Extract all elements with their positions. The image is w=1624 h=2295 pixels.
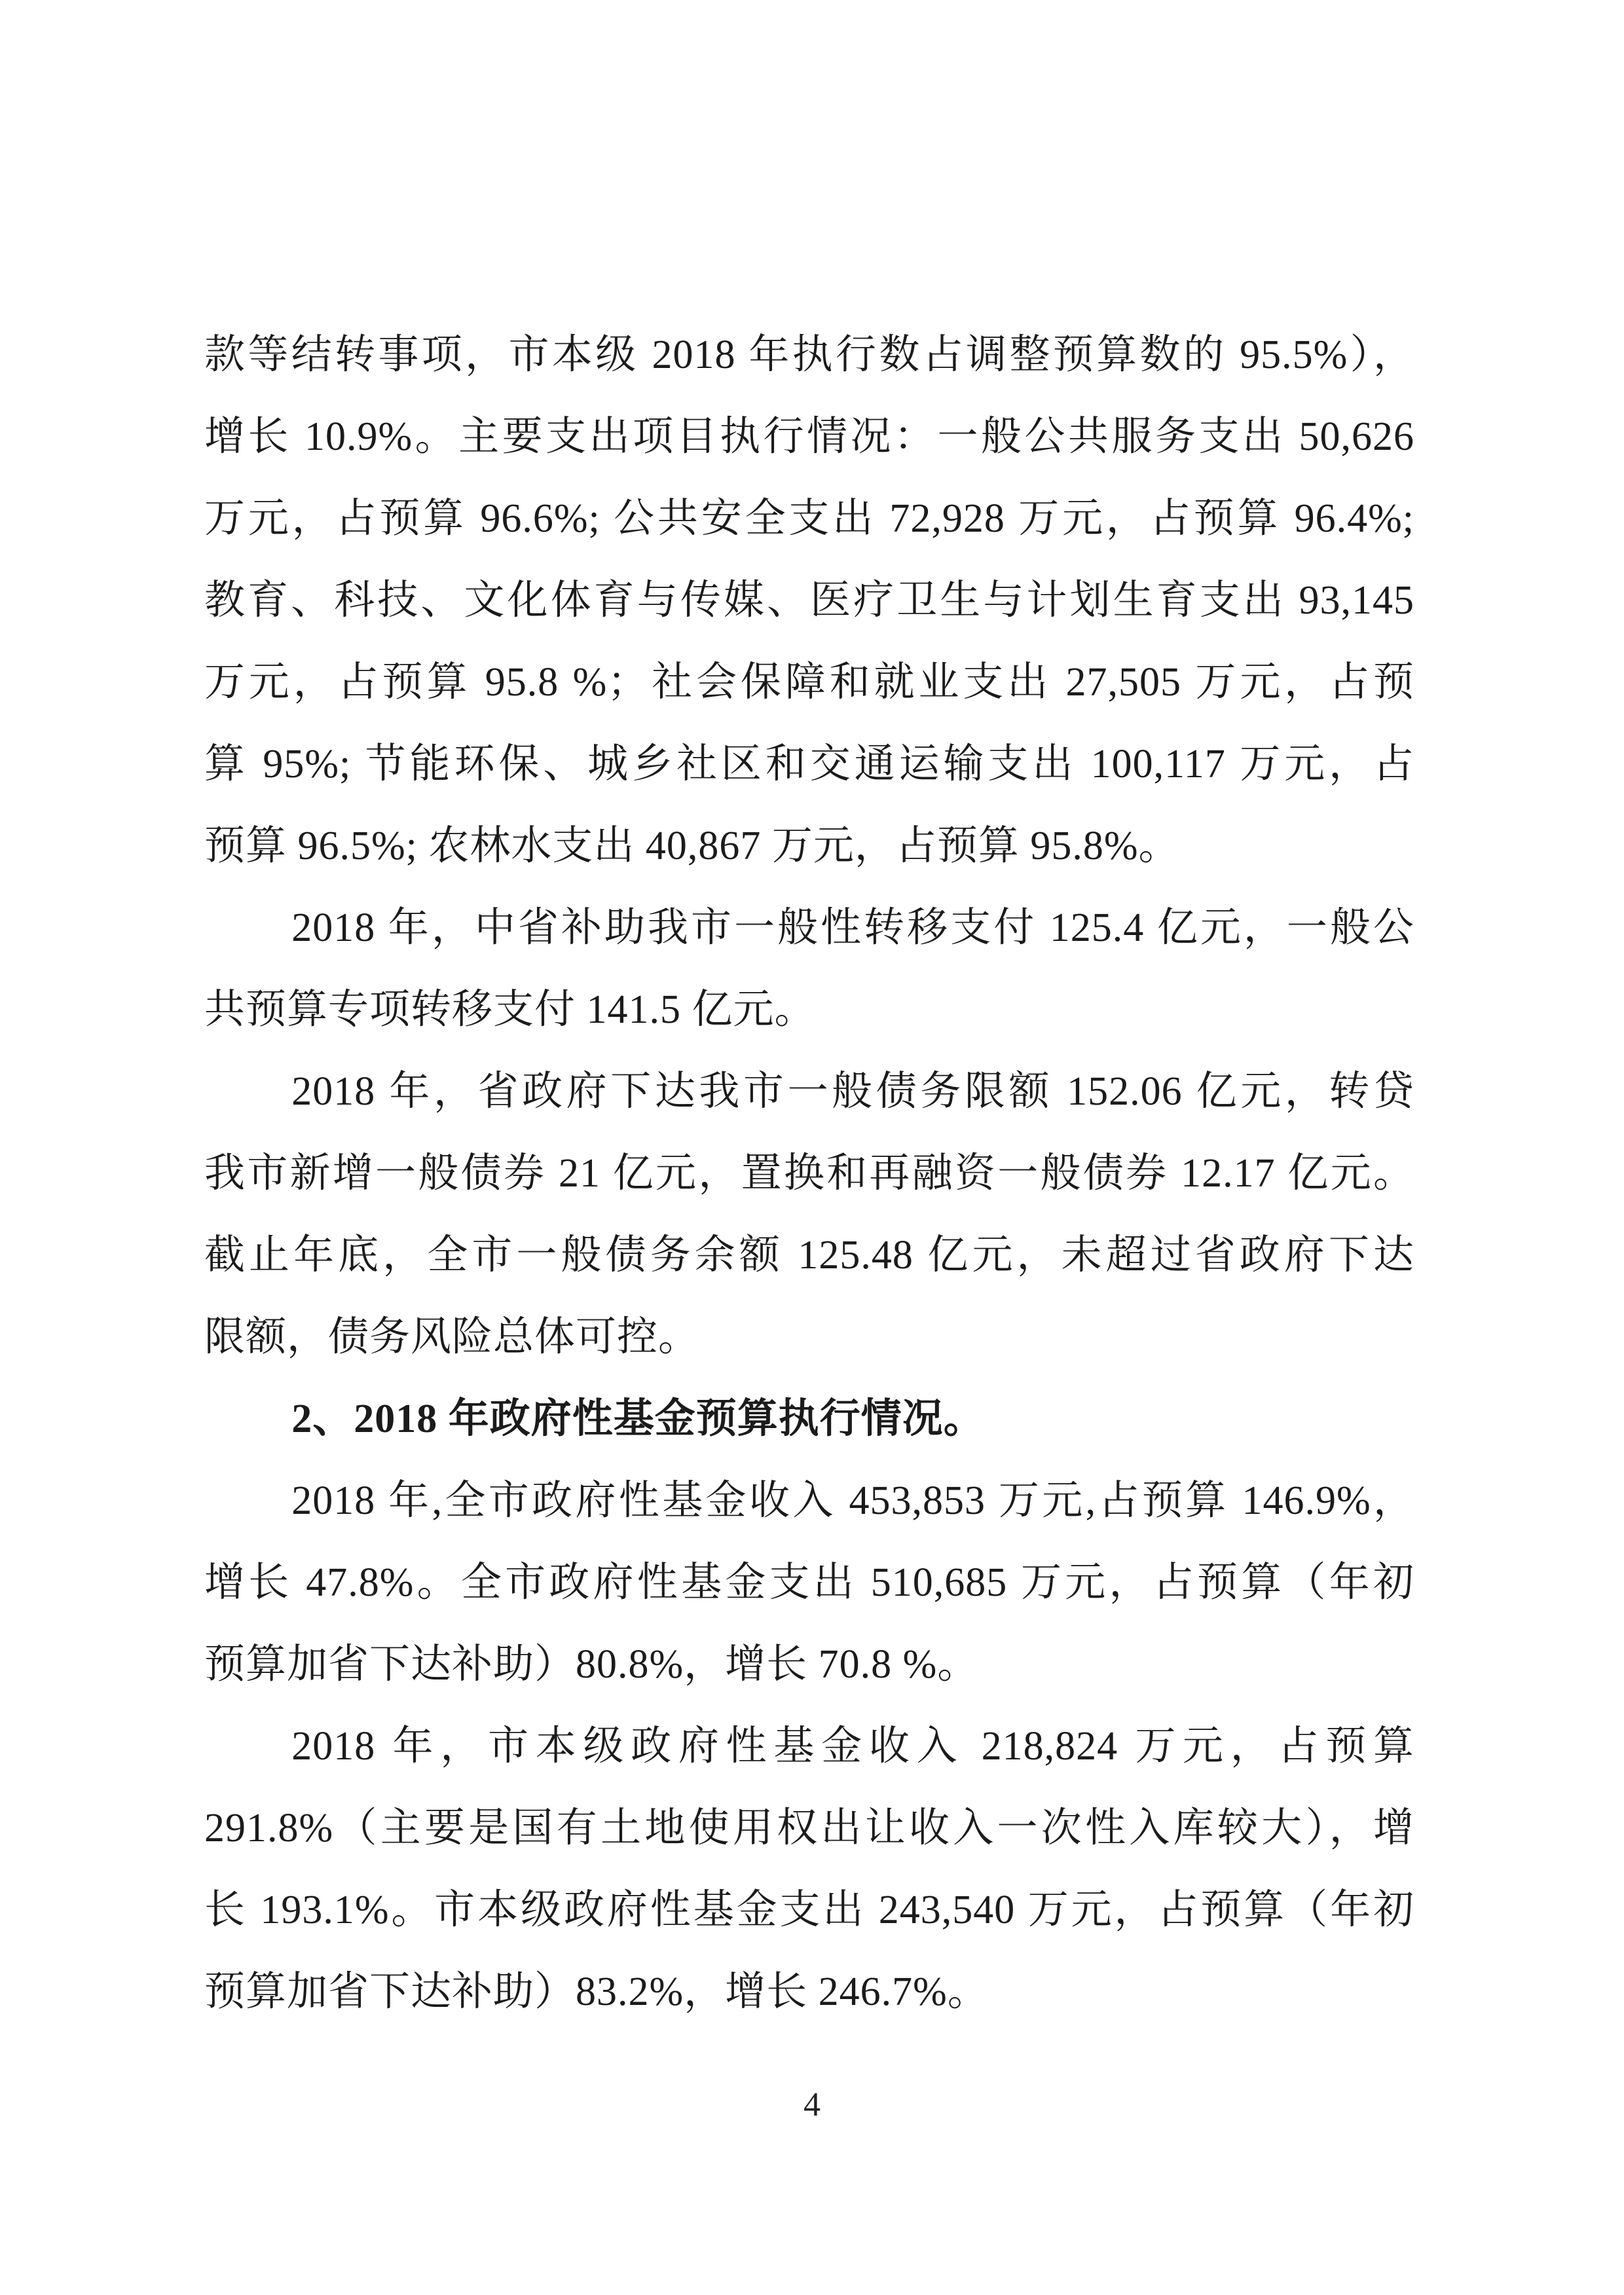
text-line: 长 193.1%。市本级政府性基金支出 243,540 万元，占预算（年初: [204, 1869, 1414, 1951]
text-line: 截止年底，全市一般债务余额 125.48 亿元，未超过省政府下达: [204, 1215, 1414, 1296]
text-line: 限额，债务风险总体可控。: [204, 1296, 1414, 1378]
text-line: 增长 10.9%。主要支出项目执行情况：一般公共服务支出 50,626: [204, 396, 1414, 478]
text-line: 共预算专项转移支付 141.5 亿元。: [204, 969, 1414, 1051]
document-page: 款等结转事项，市本级 2018 年执行数占调整预算数的 95.5%）， 增长 1…: [0, 0, 1624, 2295]
page-number: 4: [0, 2082, 1624, 2128]
text-line: 增长 47.8%。全市政府性基金支出 510,685 万元，占预算（年初: [204, 1542, 1414, 1624]
text-line: 2018 年，省政府下达我市一般债务限额 152.06 亿元，转贷: [204, 1051, 1414, 1133]
text-line: 291.8%（主要是国有土地使用权出让收入一次性入库较大），增: [204, 1788, 1414, 1869]
text-line: 我市新增一般债券 21 亿元，置换和再融资一般债券 12.17 亿元。: [204, 1133, 1414, 1215]
text-line: 2018 年，中省补助我市一般性转移支付 125.4 亿元，一般公: [204, 887, 1414, 969]
text-line: 2018 年,全市政府性基金收入 453,853 万元,占预算 146.9%，: [204, 1460, 1414, 1542]
text-line: 款等结转事项，市本级 2018 年执行数占调整预算数的 95.5%），: [204, 314, 1414, 396]
text-line: 算 95%; 节能环保、城乡社区和交通运输支出 100,117 万元，占: [204, 724, 1414, 805]
body-text: 款等结转事项，市本级 2018 年执行数占调整预算数的 95.5%）， 增长 1…: [204, 314, 1414, 2033]
text-line: 2018 年，市本级政府性基金收入 218,824 万元，占预算: [204, 1706, 1414, 1788]
text-line: 教育、科技、文化体育与传媒、医疗卫生与计划生育支出 93,145: [204, 560, 1414, 642]
text-line: 万元，占预算 96.6%; 公共安全支出 72,928 万元，占预算 96.4%…: [204, 478, 1414, 560]
text-line: 万元，占预算 95.8 %；社会保障和就业支出 27,505 万元，占预: [204, 642, 1414, 724]
text-line: 预算加省下达补助）80.8%，增长 70.8 %。: [204, 1624, 1414, 1706]
text-line: 预算加省下达补助）83.2%，增长 246.7%。: [204, 1951, 1414, 2033]
text-line: 预算 96.5%; 农林水支出 40,867 万元，占预算 95.8%。: [204, 805, 1414, 887]
section-heading: 2、2018 年政府性基金预算执行情况。: [204, 1378, 1414, 1460]
